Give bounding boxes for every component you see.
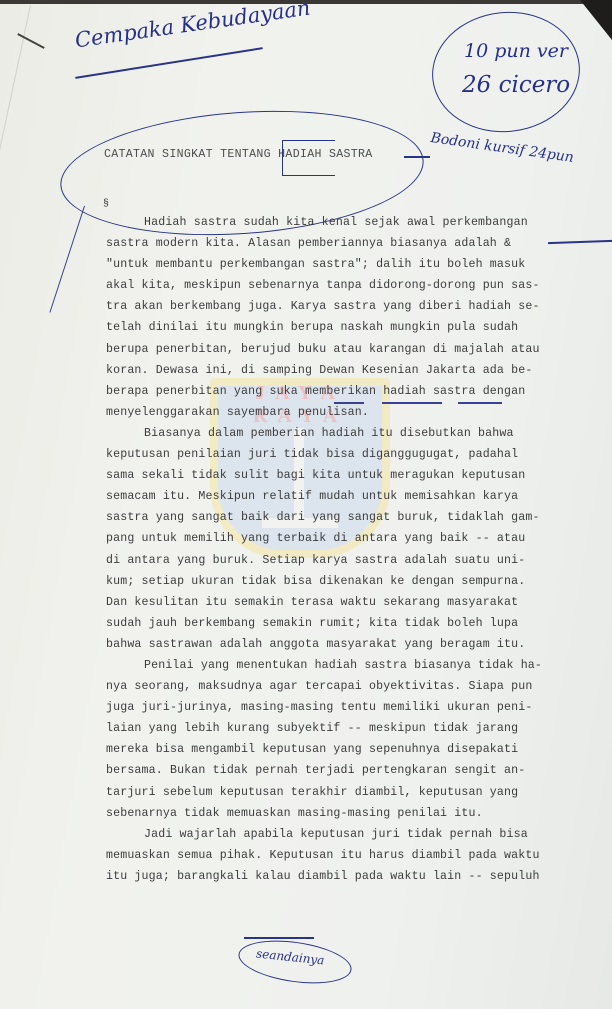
typesetting-note-width: 26 cicero	[462, 72, 570, 98]
text-line: sebenarnya tidak memuaskan masing-masing…	[106, 803, 606, 824]
handwritten-underline-dewan	[334, 402, 364, 404]
font-instruction-note: Bodoni kursif 24pun	[430, 130, 575, 166]
text-line: koran. Dewasa ini, di samping Dewan Kese…	[106, 360, 606, 381]
text-line: memuaskan semua pihak. Keputusan itu har…	[106, 845, 606, 866]
note-pointer-line	[404, 156, 430, 158]
text-line: telah dinilai itu mungkin berupa naskah …	[106, 317, 606, 338]
paragraph-first-line: Biasanya dalam pemberian hadiah itu dise…	[106, 423, 606, 444]
body-text: Hadiah sastra sudah kita kenal sejak awa…	[106, 212, 606, 887]
text-line: di antara yang buruk. Setiap karya sastr…	[106, 550, 606, 571]
text-line: sudah jauh berkembang semakin rumit; kit…	[106, 613, 606, 634]
text-line: juga juri-jurinya, masing-masing tentu m…	[106, 697, 606, 718]
page-corner-shadow	[580, 0, 612, 40]
handwritten-underline	[75, 47, 263, 79]
text-line: "untuk membantu perkembangan sastra"; da…	[106, 254, 606, 275]
margin-line	[49, 206, 85, 313]
typesetting-note-size: 10 pun ver	[464, 40, 568, 62]
text-line: bersama. Bukan tidak pernah terjadi pert…	[106, 760, 606, 781]
paragraph-first-line: Penilai yang menentukan hadiah sastra bi…	[106, 655, 606, 676]
text-line: tarjuri sebelum keputusan terakhir diamb…	[106, 782, 606, 803]
paragraph-first-line: Jadi wajarlah apabila keputusan juri tid…	[106, 824, 606, 845]
paragraph-first-line: Hadiah sastra sudah kita kenal sejak awa…	[106, 212, 606, 233]
text-line: Dan kesulitan itu semakin terasa waktu s…	[106, 592, 606, 613]
text-line: itu juga; barangkali kalau diambil pada …	[106, 866, 606, 887]
text-line: sastra modern kita. Alasan pemberiannya …	[106, 233, 606, 254]
title-bracket-mark	[282, 140, 335, 176]
text-line: kum; setiap ukuran tidak bisa dikenakan …	[106, 571, 606, 592]
text-line: tra akan berkembang juga. Karya sastra y…	[106, 296, 606, 317]
strikethrough-correction	[244, 937, 314, 939]
margin-mark-icon: §	[103, 199, 109, 210]
text-line: laian yang lebih kurang subyektif -- mes…	[106, 718, 606, 739]
text-line: keputusan penilaian juri tidak bisa diga…	[106, 444, 606, 465]
handwritten-heading-note: Cempaka Kebudayaan	[73, 0, 311, 52]
handwritten-underline-kesenian	[382, 402, 442, 404]
text-line: pang untuk memilih yang terbaik di antar…	[106, 528, 606, 549]
text-line: semacam itu. Meskipun relatif mudah untu…	[106, 486, 606, 507]
text-line: nya seorang, maksudnya agar tercapai oby…	[106, 676, 606, 697]
text-line: mereka bisa mengambil keputusan yang sep…	[106, 739, 606, 760]
paper-fold	[0, 5, 31, 299]
handwritten-underline-jakarta	[458, 402, 502, 404]
text-line: berupa penerbitan, berujud buku atau kar…	[106, 339, 606, 360]
text-line: berapa penerbitan yang suka memberikan h…	[106, 381, 606, 402]
text-line: bahwa sastrawan adalah anggota masyaraka…	[106, 634, 606, 655]
text-line: akal kita, meskipun sebenarnya tanpa did…	[106, 275, 606, 296]
text-line: sama sekali tidak sulit bagi kita untuk …	[106, 465, 606, 486]
manuscript-page: Cempaka Kebudayaan 10 pun ver 26 cicero …	[0, 0, 612, 1009]
text-line: sastra yang sangat baik dari yang sangat…	[106, 507, 606, 528]
text-line: menyelenggarakan sayembara penulisan.	[106, 402, 606, 423]
